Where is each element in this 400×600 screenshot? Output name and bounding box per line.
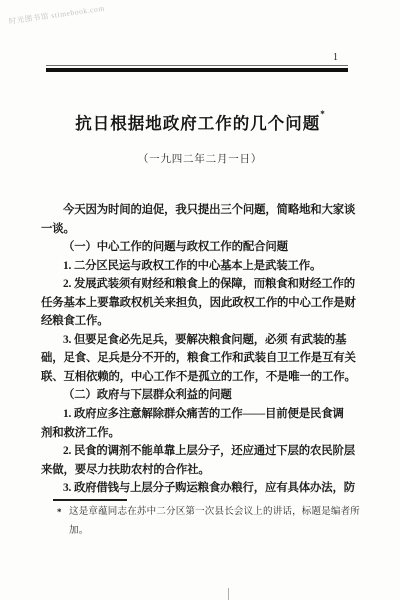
- page-number: 1: [333, 52, 338, 63]
- text-line: 一谈。: [41, 220, 359, 239]
- text-line: 3. 但要足食必先足兵，要解决粮食问题，必须 有武装的基: [41, 331, 359, 350]
- text-line: （一）中心工作的问题与政权工作的配合问题: [41, 238, 359, 257]
- footnote-line: 这是章蕴同志在苏中二分区第一次县长会议上的讲话，标题是编者所: [69, 503, 359, 522]
- text-line: 1. 政府应多注意解除群众痛苦的工作——目前便是民食调: [41, 405, 359, 424]
- title-footnote-marker: *: [320, 109, 325, 119]
- watermark: 时光图书馆 stimebook.com: [8, 3, 105, 27]
- scanned-document-page: 时光图书馆 stimebook.com 1 抗日根据地政府工作的几个问题* （一…: [0, 0, 400, 600]
- text-line: 2. 民食的调剂不能单靠上层分子，还应通过下层的农民阶层: [41, 442, 359, 461]
- header-rule-thin: [46, 65, 348, 66]
- text-line: 2. 发展武装须有财经和粮食上的保障，而粮食和财经工作的: [41, 275, 359, 294]
- text-line: 1. 二分区民运与政权工作的中心基本上是武装工作。: [41, 257, 359, 276]
- text-line: 经粮食工作。: [41, 312, 359, 331]
- text-line: 础，足食、足兵是分不开的，粮食工作和武装自卫工作是互有关: [41, 349, 359, 368]
- footnote-line: 加。: [69, 522, 359, 541]
- scan-artifact-mark: [228, 588, 229, 600]
- text-line: 任务基本上要靠政权机关来担负，因此政权工作的中心工作是财: [41, 294, 359, 313]
- text-line: 今天因为时间的迫促，我只提出三个问题，简略地和大家谈: [41, 201, 359, 220]
- text-line: （二）政府与下层群众利益的问题: [41, 386, 359, 405]
- footnote-text: 这是章蕴同志在苏中二分区第一次县长会议上的讲话，标题是编者所 加。: [69, 503, 359, 540]
- text-line: 3. 政府借钱与上层分子购运粮食办粮行，应有具体办法，防: [41, 479, 359, 498]
- text-line: 联、互相依赖的，中心工作不是孤立的工作，不是唯一的工作。: [41, 368, 359, 387]
- header-rule-thick: [46, 68, 348, 72]
- footnote: * 这是章蕴同志在苏中二分区第一次县长会议上的讲话，标题是编者所 加。: [57, 503, 359, 540]
- document-title: 抗日根据地政府工作的几个问题*: [0, 110, 400, 134]
- text-line: 来做，要尽力扶助农村的合作社。: [41, 461, 359, 480]
- body-text: 今天因为时间的迫促，我只提出三个问题，简略地和大家谈 一谈。 （一）中心工作的问…: [41, 201, 359, 498]
- text-line: 剂和救济工作。: [41, 424, 359, 443]
- footnote-marker: *: [57, 507, 62, 517]
- document-title-text: 抗日根据地政府工作的几个问题: [75, 114, 320, 133]
- document-date: （一九四二年二月一日）: [0, 151, 400, 166]
- footnote-separator: [53, 499, 127, 501]
